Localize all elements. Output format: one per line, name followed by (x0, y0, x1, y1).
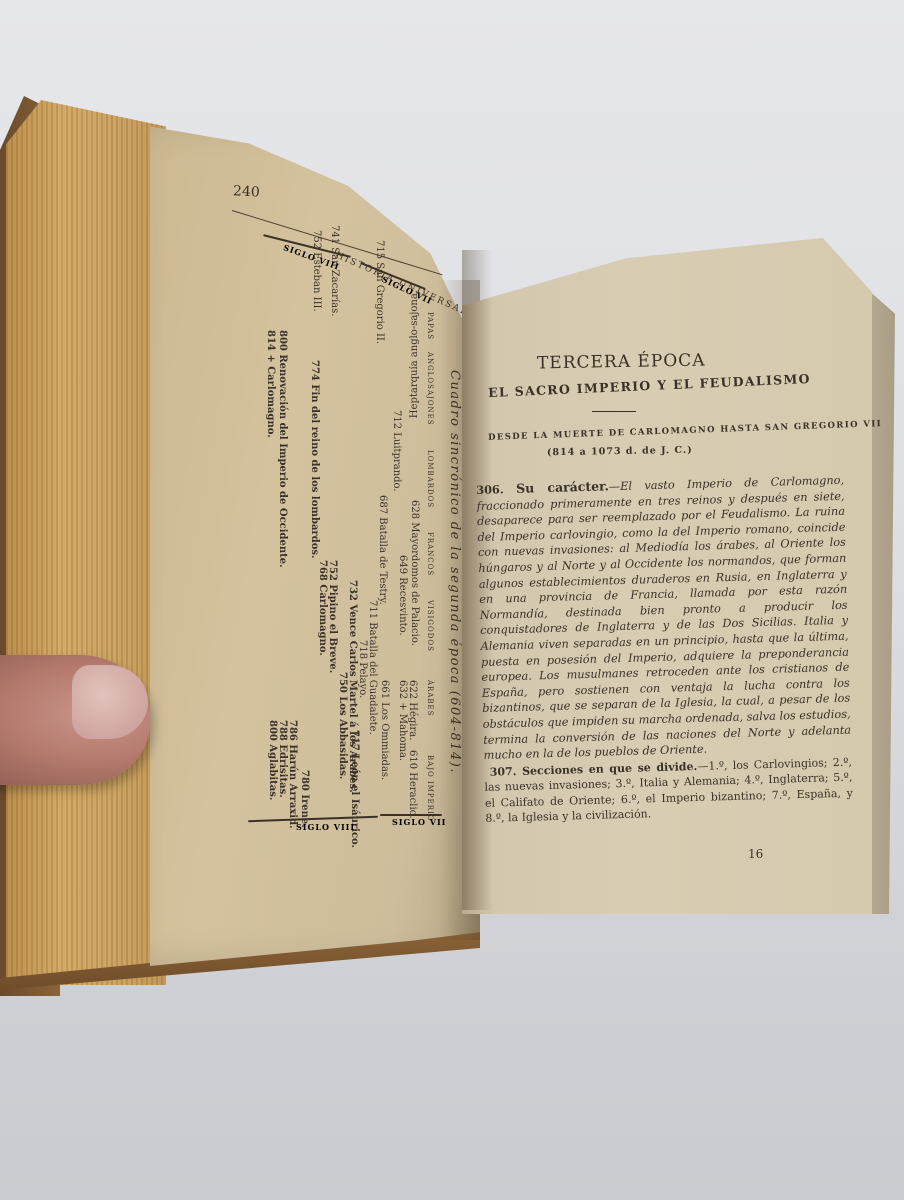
table-entry: 687 Batalla de Testry. (377, 495, 388, 605)
table-title: Cuadro sincrónico de la segunda época (6… (447, 370, 462, 774)
century-label: SIGLO VII (392, 817, 446, 827)
century-brace (380, 814, 442, 816)
table-entry: 752 Pipino el Breve. (327, 560, 338, 673)
table-entry: 711 Batalla del Guadalete. (367, 600, 378, 735)
table-entry: 715 San Gregorio II. (374, 240, 385, 344)
table-entry: 786 Harún Arraxid. (287, 720, 298, 829)
book-photo: 240 HISTORIA UNIVERSAL Cuadro sincrónico… (0, 0, 904, 1200)
table-entry: 768 Carlomagno. (317, 560, 328, 656)
paragraph-number: 307. (490, 765, 517, 779)
table-entry: 712 Luitprando. (391, 410, 402, 492)
paragraph-307: 307. Secciones en que se divide.—1.º, lo… (484, 754, 854, 827)
thumbnail-nail (72, 665, 148, 739)
table-entry: 750 Los Abbasidas. (337, 672, 348, 779)
table-entry: 628 Mayordomos de Palacio. (409, 500, 420, 646)
table-entry: 800 Aglabitas. (267, 720, 278, 800)
table-entry: 622 Hégira. (407, 680, 418, 740)
table-entry: 610 Heraclio. (407, 750, 418, 819)
table-entry: 788 Edrisitas. (277, 720, 288, 798)
column-header: ÁRABES (426, 680, 434, 716)
table-entry: 649 Recesvinto. (397, 555, 408, 636)
table-entry: 718 Pelayo. (357, 640, 368, 698)
column-header: FRANCOS (426, 532, 434, 576)
column-header: LOMBARDOS (426, 450, 434, 508)
epoch-heading: TERCERA ÉPOCA (537, 351, 706, 374)
table-entry: 632 + Mahoma. (397, 680, 408, 761)
table-entry: 661 Los Ommiadas. (379, 680, 390, 780)
table-entry: 800 Renovación del Imperio de Occidente. (277, 330, 288, 568)
column-header: ANGLOSAJONES (426, 352, 434, 426)
paragraph-306: 306. Su carácter.—El vasto Imperio de Ca… (476, 472, 852, 764)
column-header: PAPAS (426, 312, 434, 340)
paragraph-heading: Su carácter. (516, 478, 609, 496)
title-rule (592, 411, 636, 412)
synchronic-table: Cuadro sincrónico de la segunda época (6… (240, 300, 470, 830)
left-page-number: 240 (233, 183, 261, 200)
book-fore-edge (6, 100, 166, 985)
right-page-body: 306. Su carácter.—El vasto Imperio de Ca… (476, 472, 853, 827)
paragraph-text: —El vasto Imperio de Carlomagno, fraccio… (476, 474, 851, 762)
table-entry: 752 Esteban III. (311, 230, 322, 312)
paragraph-number: 306. (476, 482, 504, 497)
century-label: SIGLO VIII (296, 822, 355, 832)
table-entry: Heptarquía anglo-sajona. (409, 290, 420, 418)
table-entry: 774 Fin del reino de los lombardos. (309, 360, 320, 558)
right-page-number: 16 (748, 847, 763, 861)
column-header: VISIGODOS (426, 600, 434, 652)
column-header: BAJO IMPERIO (426, 755, 434, 822)
table-entry: 814 + Carlomagno. (265, 330, 276, 438)
